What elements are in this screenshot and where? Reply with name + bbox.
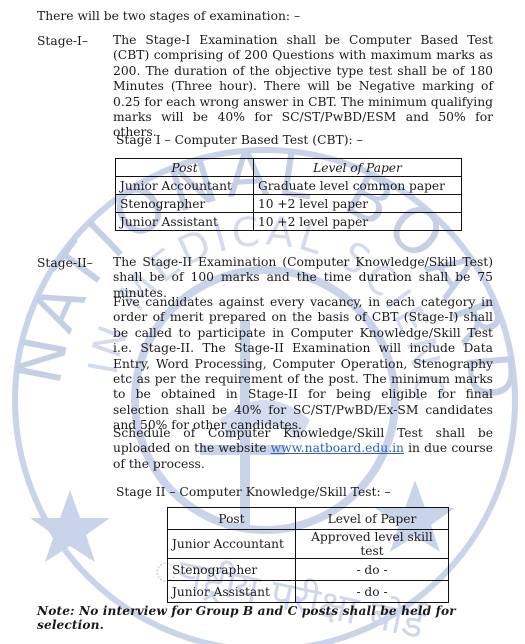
stage1-label: Stage-I– <box>37 34 88 48</box>
column-header-post: Post <box>168 508 296 530</box>
stage2-paragraph-3: Schedule of Computer Knowledge/Skill Tes… <box>113 426 493 472</box>
cell-level: Approved level skill test <box>296 530 449 559</box>
stage2-table: Post Level of Paper Junior Accountant Ap… <box>167 507 449 603</box>
cell-level: Graduate level common paper <box>254 177 462 195</box>
cell-post: Stenographer <box>116 195 254 213</box>
table-header-row: Post Level of Paper <box>116 159 462 177</box>
cell-level: - do - <box>296 581 449 603</box>
table-row: Stenographer - do - <box>168 559 449 581</box>
table-row: Junior Assistant - do - <box>168 581 449 603</box>
website-link[interactable]: www.natboard.edu.in <box>271 441 404 455</box>
cell-post: Junior Assistant <box>116 213 254 231</box>
stage2-paragraph-2: Five candidates against every vacancy, i… <box>113 295 493 434</box>
selection-note: Note: No interview for Group B and C pos… <box>37 604 525 632</box>
stage1-table: Post Level of Paper Junior Accountant Gr… <box>115 158 462 231</box>
cell-post: Junior Accountant <box>116 177 254 195</box>
column-header-level: Level of Paper <box>296 508 449 530</box>
table-row: Junior Accountant Graduate level common … <box>116 177 462 195</box>
cell-post: Junior Assistant <box>168 581 296 603</box>
table-header-row: Post Level of Paper <box>168 508 449 530</box>
star-icon-left <box>30 490 110 562</box>
cell-post: Junior Accountant <box>168 530 296 559</box>
cell-level: - do - <box>296 559 449 581</box>
stage2-label: Stage-II– <box>37 256 93 270</box>
cell-level: 10 +2 level paper <box>254 195 462 213</box>
table-row: Stenographer 10 +2 level paper <box>116 195 462 213</box>
cell-post: Stenographer <box>168 559 296 581</box>
table-row: Junior Assistant 10 +2 level paper <box>116 213 462 231</box>
stage2-table-caption: Stage II – Computer Knowledge/Skill Test… <box>116 485 391 500</box>
column-header-level: Level of Paper <box>254 159 462 177</box>
table-row: Junior Accountant Approved level skill t… <box>168 530 449 559</box>
column-header-post: Post <box>116 159 254 177</box>
cell-level: 10 +2 level paper <box>254 213 462 231</box>
stage1-table-caption: Stage I – Computer Based Test (CBT): – <box>116 133 363 148</box>
stage1-paragraph: The Stage-I Examination shall be Compute… <box>113 33 493 141</box>
intro-text: There will be two stages of examination:… <box>37 9 300 24</box>
